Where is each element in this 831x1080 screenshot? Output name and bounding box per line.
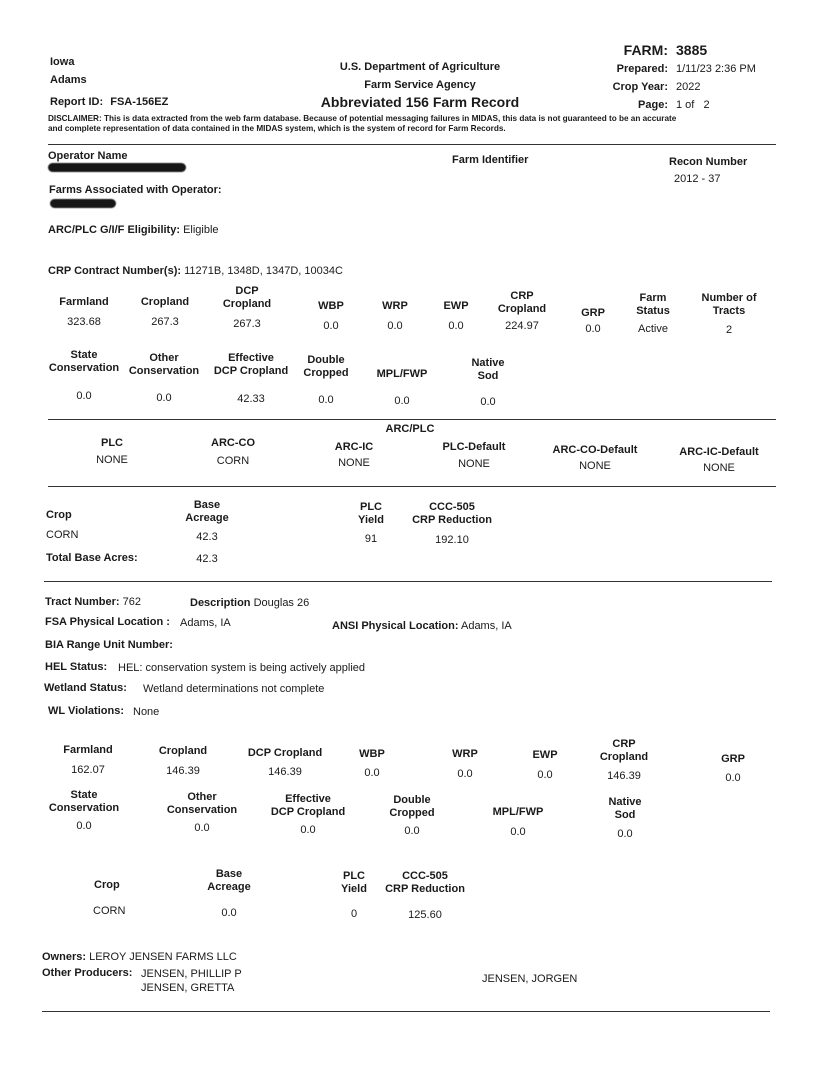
total-base-acres-label: Total Base Acres: bbox=[46, 552, 138, 564]
tract-land-label: Farmland bbox=[48, 744, 128, 757]
farm-land-value: 224.97 bbox=[482, 320, 562, 332]
tract-land-label: Other Conservation bbox=[157, 791, 247, 817]
farm-number: 3885 bbox=[676, 42, 707, 58]
report-id-label: Report ID: bbox=[50, 96, 103, 108]
state-label: Iowa bbox=[50, 56, 74, 68]
farm-land-value: 0.0 bbox=[458, 396, 518, 408]
tract-number: Tract Number: 762 bbox=[45, 596, 141, 608]
farm-land-value: Active bbox=[618, 323, 688, 335]
eligibility-value: Eligible bbox=[183, 224, 218, 236]
tract-land-label: MPL/FWP bbox=[483, 806, 553, 819]
farm-land-value: 0.0 bbox=[119, 392, 209, 404]
fsa-location-label: FSA Physical Location : bbox=[45, 616, 170, 628]
crop-name: CORN bbox=[46, 529, 78, 541]
owners: Owners: LEROY JENSEN FARMS LLC bbox=[42, 951, 237, 963]
farm-land-value: 42.33 bbox=[201, 393, 301, 405]
farm-land-label: WBP bbox=[301, 300, 361, 313]
ansi-location-label: ANSI Physical Location: bbox=[332, 620, 459, 632]
hel-status-value: HEL: conservation system is being active… bbox=[118, 662, 365, 674]
hel-status-label: HEL Status: bbox=[45, 661, 107, 673]
farm-land-value: 0.0 bbox=[367, 395, 437, 407]
page-value: 1 of 2 bbox=[676, 99, 710, 111]
divider bbox=[48, 419, 776, 420]
arcplc-program-label: PLC bbox=[52, 437, 172, 450]
farm-land-value: 0.0 bbox=[563, 323, 623, 335]
tract-land-value: 0.0 bbox=[483, 826, 553, 838]
plc-yield-header: PLC Yield bbox=[346, 501, 396, 527]
page-title: Abbreviated 156 Farm Record bbox=[300, 94, 540, 110]
tract-land-label: GRP bbox=[708, 753, 758, 766]
farm-land-label: Farm Status bbox=[618, 292, 688, 318]
farm-land-value: 323.68 bbox=[44, 316, 124, 328]
tract-base-acreage-header: Base Acreage bbox=[192, 868, 266, 894]
ccc505-value: 192.10 bbox=[407, 534, 497, 546]
farm-land-label: EWP bbox=[426, 300, 486, 313]
operator-name-redacted bbox=[48, 163, 186, 172]
farm-land-label: GRP bbox=[563, 307, 623, 320]
farm-land-label: WRP bbox=[365, 300, 425, 313]
other-producer: JENSEN, GRETTA bbox=[141, 982, 234, 994]
farm-land-label: Effective DCP Cropland bbox=[201, 352, 301, 378]
divider bbox=[44, 581, 772, 582]
tract-land-label: WBP bbox=[347, 748, 397, 761]
disclaimer-line2: and complete representation of data cont… bbox=[48, 124, 506, 133]
prepared-value: 1/11/23 2:36 PM bbox=[676, 63, 756, 75]
farm-land-value: 0.0 bbox=[365, 320, 425, 332]
farms-associated-label: Farms Associated with Operator: bbox=[49, 184, 222, 196]
eligibility: ARC/PLC G/I/F Eligibility: Eligible bbox=[48, 224, 219, 236]
page-label: Page: bbox=[580, 99, 668, 111]
report-id: Report ID: FSA-156EZ bbox=[50, 96, 168, 108]
arcplc-title: ARC/PLC bbox=[370, 423, 450, 435]
farm-land-value: 0.0 bbox=[291, 394, 361, 406]
farm-land-label: CRP Cropland bbox=[482, 290, 562, 316]
arcplc-program-label: PLC-Default bbox=[414, 441, 534, 454]
other-producers-label: Other Producers: bbox=[42, 967, 132, 979]
farms-associated-redacted bbox=[50, 199, 116, 208]
crop-year-value: 2022 bbox=[676, 81, 700, 93]
wetland-status-label: Wetland Status: bbox=[44, 682, 127, 694]
tract-plc-yield-header: PLC Yield bbox=[329, 870, 379, 896]
tract-land-label: Effective DCP Cropland bbox=[258, 793, 358, 819]
owners-value: LEROY JENSEN FARMS LLC bbox=[89, 951, 237, 963]
tract-description: Description Douglas 26 bbox=[190, 597, 309, 609]
farm-land-value: 2 bbox=[689, 324, 769, 336]
ansi-location-value: Adams, IA bbox=[461, 620, 512, 632]
tract-land-label: EWP bbox=[520, 749, 570, 762]
tract-crop-header: Crop bbox=[94, 879, 120, 891]
tract-land-value: 0.0 bbox=[347, 767, 397, 779]
wl-violations-value: None bbox=[133, 706, 159, 718]
tract-land-value: 162.07 bbox=[48, 764, 128, 776]
disclaimer-line1: This is data extracted from the web farm… bbox=[104, 114, 676, 123]
tract-land-label: Native Sod bbox=[595, 796, 655, 822]
wl-violations-label: WL Violations: bbox=[48, 705, 124, 717]
recon-number-value: 2012 - 37 bbox=[674, 173, 720, 185]
farm-land-label: Number of Tracts bbox=[689, 292, 769, 318]
arcplc-program-value: NONE bbox=[535, 460, 655, 472]
farm-land-label: Farmland bbox=[44, 296, 124, 309]
farm-land-value: 267.3 bbox=[125, 316, 205, 328]
tract-land-label: Double Cropped bbox=[377, 794, 447, 820]
tract-land-value: 0.0 bbox=[258, 824, 358, 836]
bia-range-label: BIA Range Unit Number: bbox=[45, 639, 173, 651]
farm-land-label: Double Cropped bbox=[291, 354, 361, 380]
tract-base-acreage-value: 0.0 bbox=[192, 907, 266, 919]
arcplc-program-label: ARC-CO bbox=[173, 437, 293, 450]
tract-land-value: 146.39 bbox=[584, 770, 664, 782]
fsa-location-value: Adams, IA bbox=[180, 617, 231, 629]
tract-land-value: 0.0 bbox=[520, 769, 570, 781]
tract-plc-yield-value: 0 bbox=[329, 908, 379, 920]
dept-name: U.S. Department of Agriculture bbox=[310, 61, 530, 73]
total-base-acres-value: 42.3 bbox=[170, 553, 244, 565]
tract-land-label: WRP bbox=[440, 748, 490, 761]
tract-land-label: DCP Cropland bbox=[235, 747, 335, 760]
arcplc-program-value: NONE bbox=[414, 458, 534, 470]
tract-crop-name: CORN bbox=[93, 905, 125, 917]
prepared-label: Prepared: bbox=[580, 63, 668, 75]
farm-land-label: DCP Cropland bbox=[207, 285, 287, 311]
tract-land-value: 0.0 bbox=[157, 822, 247, 834]
disclaimer: DISCLAIMER: This is data extracted from … bbox=[48, 114, 676, 134]
description-label: Description bbox=[190, 597, 251, 609]
ccc505-header: CCC-505 CRP Reduction bbox=[407, 501, 497, 527]
divider bbox=[42, 1011, 770, 1012]
owners-label: Owners: bbox=[42, 951, 86, 963]
farm-land-value: 0.0 bbox=[301, 320, 361, 332]
tract-land-label: Cropland bbox=[143, 745, 223, 758]
farm-land-label: MPL/FWP bbox=[367, 368, 437, 381]
description-value: Douglas 26 bbox=[254, 597, 310, 609]
arcplc-program-label: ARC-IC-Default bbox=[659, 446, 779, 459]
tract-land-value: 0.0 bbox=[595, 828, 655, 840]
other-producer: JENSEN, PHILLIP P bbox=[141, 968, 242, 980]
arcplc-program-value: NONE bbox=[659, 462, 779, 474]
farm-land-value: 0.0 bbox=[426, 320, 486, 332]
tract-land-value: 0.0 bbox=[440, 768, 490, 780]
report-id-value: FSA-156EZ bbox=[110, 96, 168, 108]
base-acreage-header: Base Acreage bbox=[170, 499, 244, 525]
arcplc-program-value: NONE bbox=[294, 457, 414, 469]
arcplc-program-label: ARC-CO-Default bbox=[535, 444, 655, 457]
tract-land-value: 146.39 bbox=[235, 766, 335, 778]
tract-land-value: 0.0 bbox=[39, 820, 129, 832]
county-label: Adams bbox=[50, 74, 87, 86]
recon-number-label: Recon Number bbox=[669, 156, 747, 168]
farm-label: FARM: bbox=[600, 42, 668, 58]
arcplc-program-value: CORN bbox=[173, 455, 293, 467]
crp-contracts: CRP Contract Number(s): 11271B, 1348D, 1… bbox=[48, 265, 343, 277]
other-producer: JENSEN, JORGEN bbox=[482, 973, 577, 985]
arcplc-program-value: NONE bbox=[52, 454, 172, 466]
farm-land-label: Native Sod bbox=[458, 357, 518, 383]
divider bbox=[48, 486, 776, 487]
tract-land-label: CRP Cropland bbox=[584, 738, 664, 764]
crp-contracts-value: 11271B, 1348D, 1347D, 10034C bbox=[184, 265, 343, 277]
divider bbox=[48, 144, 776, 145]
arcplc-program-label: ARC-IC bbox=[294, 441, 414, 454]
farm-land-value: 267.3 bbox=[207, 318, 287, 330]
ansi-location: ANSI Physical Location: Adams, IA bbox=[332, 620, 512, 632]
farm-land-label: State Conservation bbox=[39, 349, 129, 375]
agency-name: Farm Service Agency bbox=[310, 79, 530, 91]
tract-ccc505-value: 125.60 bbox=[380, 909, 470, 921]
plc-yield-value: 91 bbox=[346, 533, 396, 545]
tract-number-value: 762 bbox=[123, 596, 141, 608]
operator-name-label: Operator Name bbox=[48, 150, 127, 162]
tract-ccc505-header: CCC-505 CRP Reduction bbox=[380, 870, 470, 896]
farm-land-value: 0.0 bbox=[39, 390, 129, 402]
crop-year-label: Crop Year: bbox=[580, 81, 668, 93]
crop-header: Crop bbox=[46, 509, 72, 521]
tract-land-value: 0.0 bbox=[708, 772, 758, 784]
farm-identifier-label: Farm Identifier bbox=[452, 154, 528, 166]
farm-land-label: Cropland bbox=[125, 296, 205, 309]
tract-land-label: State Conservation bbox=[39, 789, 129, 815]
wetland-status-value: Wetland determinations not complete bbox=[143, 683, 324, 695]
farm-land-label: Other Conservation bbox=[119, 352, 209, 378]
disclaimer-label: DISCLAIMER: bbox=[48, 114, 102, 123]
eligibility-label: ARC/PLC G/I/F Eligibility: bbox=[48, 224, 180, 236]
tract-land-value: 0.0 bbox=[377, 825, 447, 837]
tract-land-value: 146.39 bbox=[143, 765, 223, 777]
crp-contracts-label: CRP Contract Number(s): bbox=[48, 265, 181, 277]
base-acreage-value: 42.3 bbox=[170, 531, 244, 543]
tract-number-label: Tract Number: bbox=[45, 596, 120, 608]
